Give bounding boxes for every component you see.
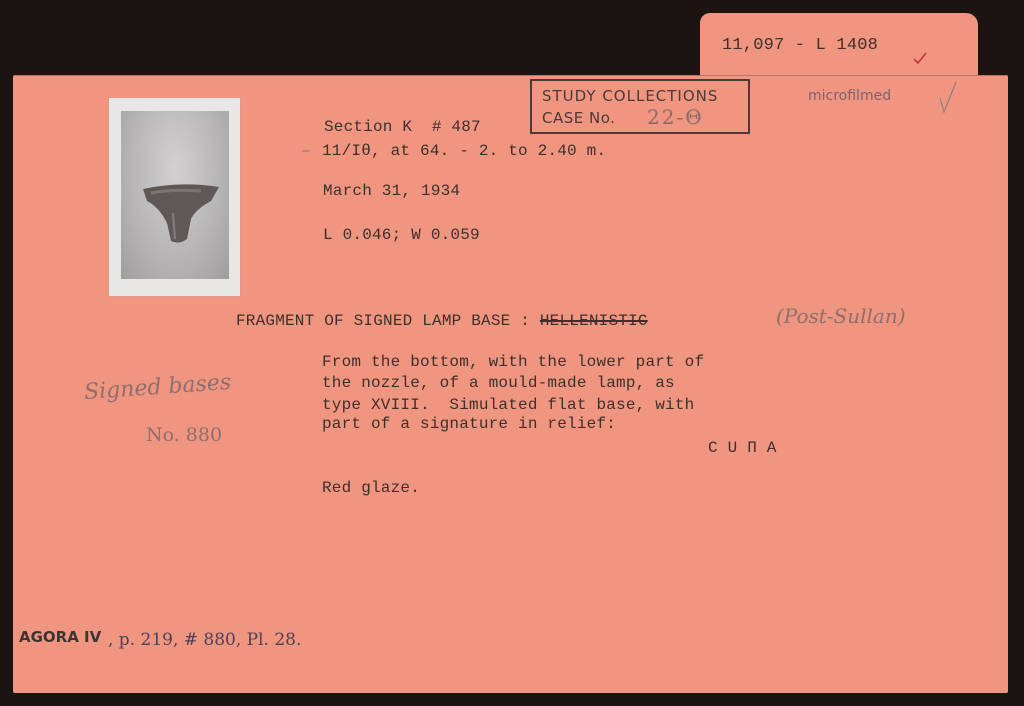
dimensions: L 0.046; W 0.059 (323, 226, 480, 244)
signature-inscription: C U Π A (708, 439, 777, 457)
catalog-number: 11,097 - L 1408 (722, 36, 878, 55)
description-line-4: part of a signature in relief: (322, 415, 616, 433)
tab-notch (978, 13, 1008, 73)
object-title-typed: FRAGMENT OF SIGNED LAMP BASE : (236, 312, 540, 330)
artifact-photo (109, 98, 240, 296)
date: March 31, 1934 (323, 182, 460, 200)
photo-image (121, 111, 229, 279)
agora-reference-stamp: AGORA IV (19, 628, 101, 646)
case-number: 22-Θ (647, 105, 704, 129)
study-collections-title: STUDY COLLECTIONS (542, 87, 718, 105)
pencil-check-icon (938, 80, 960, 114)
pencil-dash-mark: – (302, 140, 310, 159)
lamp-fragment-image (141, 183, 221, 248)
description-line-3: type XVIII. Simulated flat base, with (322, 396, 694, 414)
description-line-2: the nozzle, of a mould-made lamp, as (322, 374, 675, 392)
microfilmed-stamp: microfilmed (808, 88, 891, 104)
object-title: FRAGMENT OF SIGNED LAMP BASE : HELLENIST… (236, 312, 648, 330)
study-collections-stamp: STUDY COLLECTIONS CASE No. 22-Θ (530, 79, 750, 134)
object-title-struck: HELLENISTIC (540, 312, 648, 330)
case-label: CASE No. (542, 109, 615, 127)
agora-reference-handwritten: , p. 219, # 880, Pl. 28. (108, 630, 301, 650)
description-line-1: From the bottom, with the lower part of (322, 353, 704, 371)
scan-background: 11,097 - L 1408 microfilmed STUDY COLLEC… (0, 0, 1024, 706)
location-line: 11/Iθ, at 64. - 2. to 2.40 m. (322, 142, 606, 160)
red-check-icon (912, 50, 928, 66)
section-line: Section K # 487 (324, 118, 481, 136)
margin-note-number: No. 880 (146, 424, 222, 446)
glaze-note: Red glaze. (322, 479, 420, 497)
date-correction-handwritten: (Post-Sullan) (776, 304, 906, 328)
